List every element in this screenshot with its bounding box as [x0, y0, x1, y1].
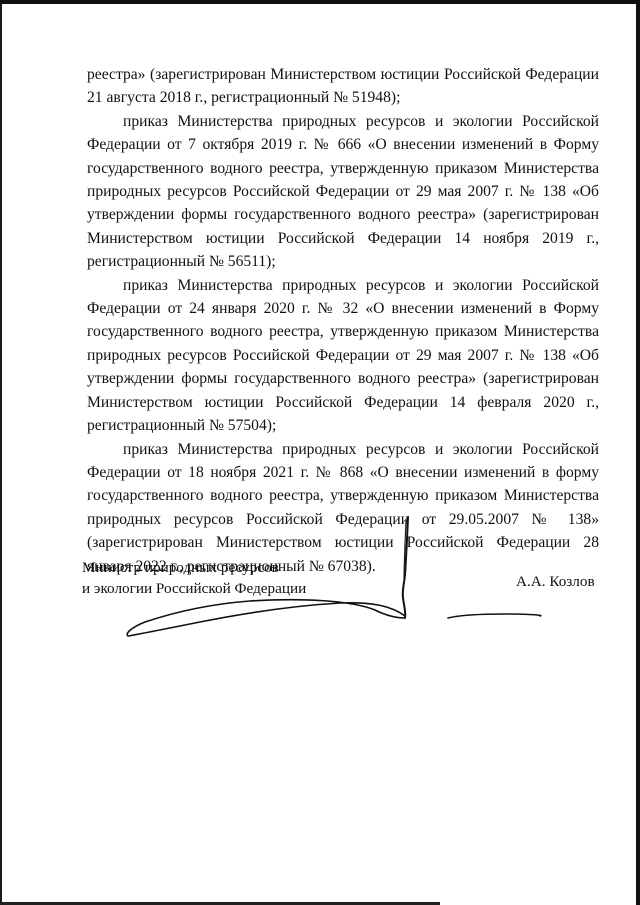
handwritten-signature-icon: [0, 0, 640, 905]
signature-block: Министр природных ресурсов и экологии Ро…: [0, 0, 640, 905]
